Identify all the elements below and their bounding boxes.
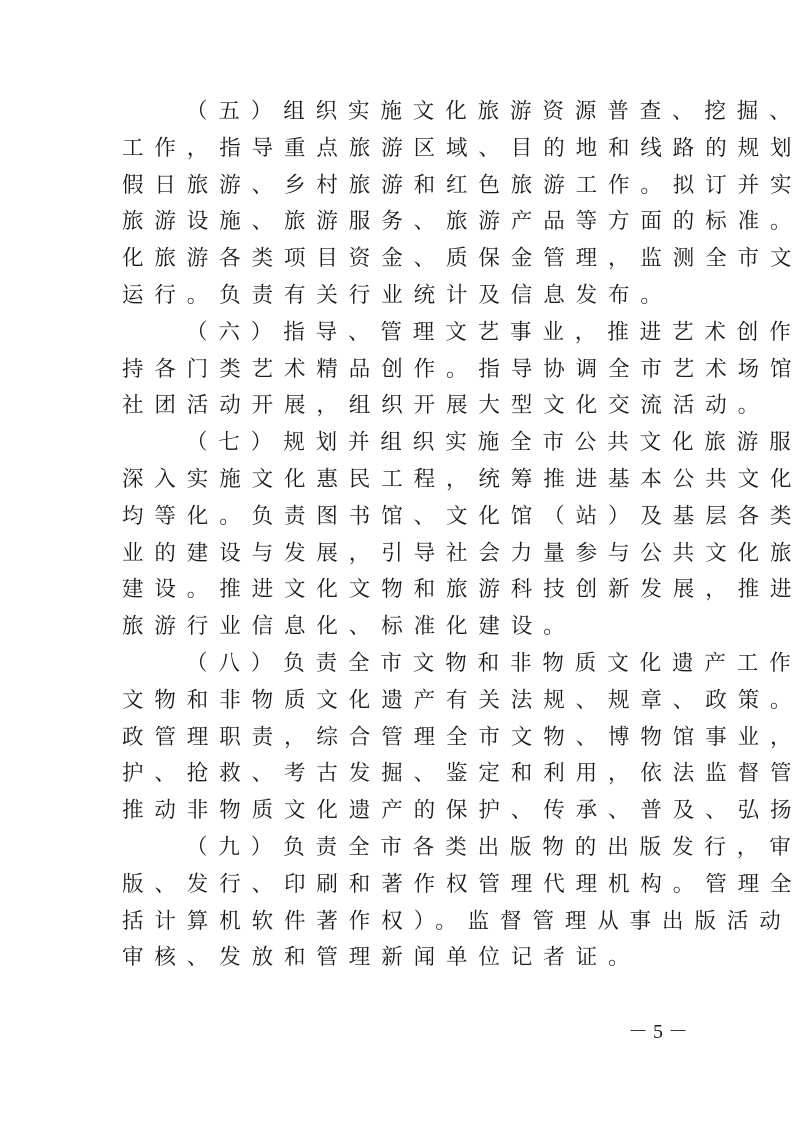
text-line: （五）组织实施文化旅游资源普查、挖掘、保护和利用 (122, 94, 674, 131)
paragraph-item-8: （八）负责全市文物和非物质文化遗产工作。监督实施 文物和非物质文化遗产有关法规、… (122, 646, 674, 830)
page-number: － 5 － (628, 1015, 688, 1044)
text-line: （九）负责全市各类出版物的出版发行，审核并报批出 (122, 830, 674, 867)
text-line: 持各门类艺术精品创作。指导协调全市艺术场馆和艺术院团 (58, 352, 674, 389)
text-line: 括计算机软件著作权）。监督管理从事出版活动的民办机构。 (58, 904, 674, 941)
text-line: 工作，指导重点旅游区域、目的地和线路的规划开发，推进 (58, 131, 674, 168)
text-line: 推动非物质文化遗产的保护、传承、普及、弘扬和振兴。 (58, 793, 674, 830)
text-line: 文物和非物质文化遗产有关法规、规章、政策。履行文物行 (58, 683, 674, 720)
paragraph-item-5: （五）组织实施文化旅游资源普查、挖掘、保护和利用 工作，指导重点旅游区域、目的地… (122, 94, 674, 315)
document-body: （五）组织实施文化旅游资源普查、挖掘、保护和利用 工作，指导重点旅游区域、目的地… (122, 94, 674, 977)
text-line: 建设。推进文化文物和旅游科技创新发展，推进文化文物和 (58, 572, 674, 609)
text-line: 旅游行业信息化、标准化建设。 (58, 609, 674, 646)
text-line: 版、发行、印刷和著作权管理代理机构。管理全市著作权（包 (58, 867, 674, 904)
text-line: 政管理职责，综合管理全市文物、博物馆事业，指导文物保 (58, 720, 674, 757)
text-line: 均等化。负责图书馆、文化馆（站）及基层各类社会文化事 (58, 499, 674, 536)
text-line: 护、抢救、考古发掘、鉴定和利用，依法监督管理文物市场。 (58, 756, 674, 793)
paragraph-item-7: （七）规划并组织实施全市公共文化旅游服务体系建设。 深入实施文化惠民工程，统筹推… (122, 425, 674, 646)
text-line: （八）负责全市文物和非物质文化遗产工作。监督实施 (122, 646, 674, 683)
paragraph-item-9: （九）负责全市各类出版物的出版发行，审核并报批出 版、发行、印刷和著作权管理代理… (122, 830, 674, 977)
text-line: 运行。负责有关行业统计及信息发布。 (58, 278, 674, 315)
text-line: 旅游设施、旅游服务、旅游产品等方面的标准。加强市级文 (58, 204, 674, 241)
text-line: 业的建设与发展，引导社会力量参与公共文化旅游服务体系 (58, 536, 674, 573)
text-line: （六）指导、管理文艺事业，推进艺术创作与生产，扶 (122, 315, 674, 352)
text-line: 审核、发放和管理新闻单位记者证。 (58, 940, 674, 977)
text-line: 深入实施文化惠民工程，统筹推进基本公共文化服务标准化、 (58, 462, 674, 499)
text-line: （七）规划并组织实施全市公共文化旅游服务体系建设。 (122, 425, 674, 462)
paragraph-item-6: （六）指导、管理文艺事业，推进艺术创作与生产，扶 持各门类艺术精品创作。指导协调… (122, 315, 674, 425)
text-line: 假日旅游、乡村旅游和红色旅游工作。拟订并实施旅游区、 (58, 168, 674, 205)
text-line: 社团活动开展，组织开展大型文化交流活动。 (58, 388, 674, 425)
text-line: 化旅游各类项目资金、质保金管理，监测全市文化旅游经济 (58, 241, 674, 278)
